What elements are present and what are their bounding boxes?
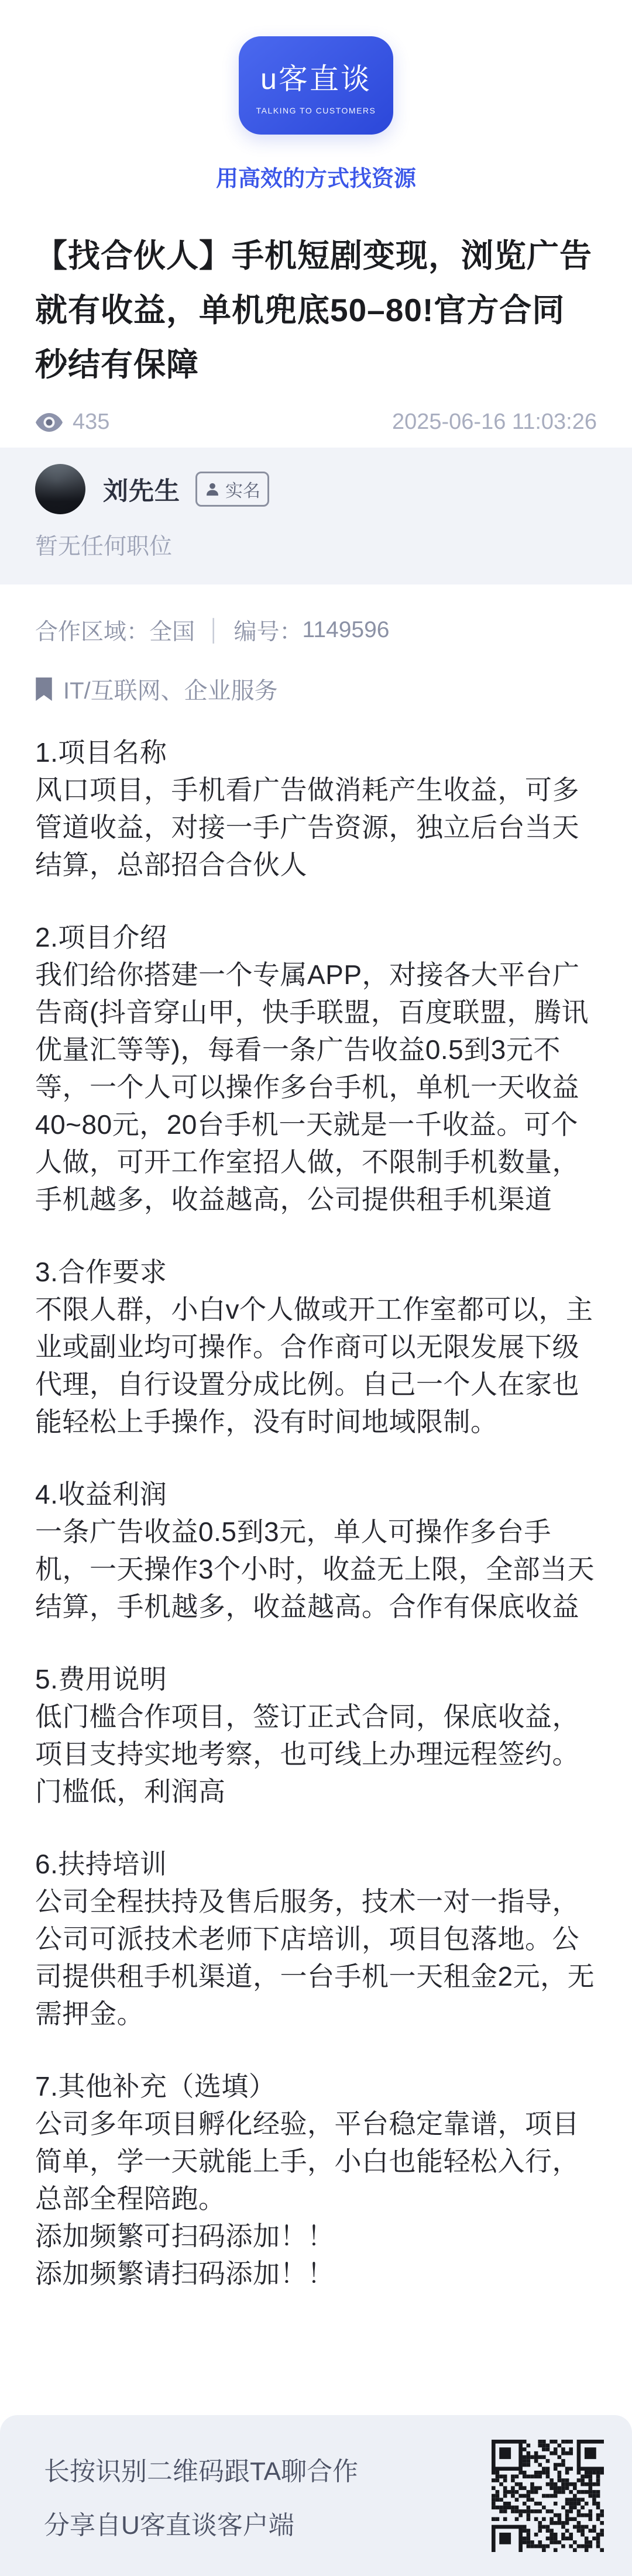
bookmark-icon bbox=[35, 677, 53, 701]
post-info-block: 合作区域：全国 │ 编号：1149596 IT/互联网、企业服务 bbox=[0, 614, 632, 706]
industry-category-label: IT/互联网、企业服务 bbox=[63, 672, 278, 706]
section-heading: 2.项目介绍 bbox=[35, 919, 597, 956]
share-page: u客直谈 TALKING TO CUSTOMERS 用高效的方式找资源 【找合伙… bbox=[0, 0, 632, 2576]
avatar bbox=[35, 464, 85, 514]
industry-category-row: IT/互联网、企业服务 bbox=[35, 672, 597, 706]
section-paragraph: 风口项目，手机看广告做消耗产生收益，可多管道收益，对接一手广告资源，独立后台当天… bbox=[35, 771, 597, 883]
publisher-card: 刘先生 实名 暂无任何职位 bbox=[0, 448, 632, 584]
app-header: u客直谈 TALKING TO CUSTOMERS 用高效的方式找资源 bbox=[0, 0, 632, 192]
publisher-name: 刘先生 bbox=[103, 472, 180, 507]
region-value: 全国 bbox=[149, 614, 195, 646]
qr-code[interactable] bbox=[492, 2440, 604, 2552]
app-slogan: 用高效的方式找资源 bbox=[0, 160, 632, 192]
share-footer: 长按识别二维码跟TA聊合作 分享自U客直谈客户端 bbox=[0, 2415, 632, 2576]
section-heading: 1.项目名称 bbox=[35, 734, 597, 771]
region-label: 合作区域： bbox=[35, 614, 149, 646]
section-paragraph: 添加频繁请扫码添加！！ bbox=[35, 2255, 597, 2292]
view-count-value: 435 bbox=[73, 410, 109, 435]
app-logo: u客直谈 TALKING TO CUSTOMERS bbox=[239, 36, 393, 135]
post-section: 7.其他补充（选填）公司多年项目孵化经验，平台稳定靠谱，项目简单，学一天就能上手… bbox=[35, 2068, 597, 2292]
footer-text: 长按识别二维码跟TA聊合作 分享自U客直谈客户端 bbox=[44, 2450, 358, 2541]
realname-badge-label: 实名 bbox=[225, 476, 260, 502]
section-heading: 6.扶持培训 bbox=[35, 1845, 597, 1883]
post-id-label: 编号： bbox=[234, 614, 303, 646]
post-id-value: 1149596 bbox=[303, 617, 390, 643]
post-meta-row: 435 2025-06-16 11:03:26 bbox=[35, 410, 597, 435]
post-section: 4.收益利润一条广告收益0.5到3元，单人可操作多台手机，一天操作3个小时，收益… bbox=[35, 1476, 597, 1625]
post-section: 1.项目名称风口项目，手机看广告做消耗产生收益，可多管道收益，对接一手广告资源，… bbox=[35, 734, 597, 883]
section-heading: 5.费用说明 bbox=[35, 1660, 597, 1698]
section-paragraph: 不限人群，小白v个人做或开工作室都可以，主业或副业均可操作。合作商可以无限发展下… bbox=[35, 1291, 597, 1440]
section-paragraph: 公司全程扶持及售后服务，技术一对一指导，公司可派技术老师下店培训，项目包落地。公… bbox=[35, 1883, 597, 2032]
meta-separator: │ bbox=[208, 618, 221, 642]
section-heading: 7.其他补充（选填） bbox=[35, 2068, 597, 2105]
publisher-position: 暂无任何职位 bbox=[35, 528, 597, 561]
post-title: 【找合伙人】手机短剧变现，浏览广告就有收益，单机兜底50–80!官方合同秒结有保… bbox=[35, 229, 597, 392]
section-paragraph: 公司多年项目孵化经验，平台稳定靠谱，项目简单，学一天就能上手，小白也能轻松入行，… bbox=[35, 2105, 597, 2217]
app-logo-name: u客直谈 bbox=[260, 56, 372, 98]
section-heading: 4.收益利润 bbox=[35, 1476, 597, 1513]
person-icon bbox=[204, 481, 221, 497]
footer-source: 分享自U客直谈客户端 bbox=[44, 2504, 358, 2541]
post-section: 2.项目介绍我们给你搭建一个专属APP，对接各大平台广告商(抖音穿山甲，快手联盟… bbox=[35, 919, 597, 1218]
post-body: 1.项目名称风口项目，手机看广告做消耗产生收益，可多管道收益，对接一手广告资源，… bbox=[35, 734, 597, 2292]
post-datetime: 2025-06-16 11:03:26 bbox=[392, 410, 597, 435]
app-logo-tagline: TALKING TO CUSTOMERS bbox=[256, 106, 376, 115]
post-section: 6.扶持培训公司全程扶持及售后服务，技术一对一指导，公司可派技术老师下店培训，项… bbox=[35, 1845, 597, 2032]
view-count: 435 bbox=[35, 410, 109, 435]
section-paragraph: 一条广告收益0.5到3元，单人可操作多台手机，一天操作3个小时，收益无上限，全部… bbox=[35, 1513, 597, 1625]
eye-icon bbox=[35, 412, 63, 432]
footer-scan-tip: 长按识别二维码跟TA聊合作 bbox=[44, 2450, 358, 2488]
publisher-row: 刘先生 实名 bbox=[35, 464, 597, 514]
section-paragraph: 低门槛合作项目，签订正式合同，保底收益，项目支持实地考察，也可线上办理远程签约。… bbox=[35, 1698, 597, 1810]
cooperation-region-row: 合作区域：全国 │ 编号：1149596 bbox=[35, 614, 597, 646]
section-heading: 3.合作要求 bbox=[35, 1253, 597, 1291]
section-paragraph: 添加频繁可扫码添加！！ bbox=[35, 2217, 597, 2255]
post-section: 3.合作要求不限人群，小白v个人做或开工作室都可以，主业或副业均可操作。合作商可… bbox=[35, 1253, 597, 1440]
post-section: 5.费用说明低门槛合作项目，签订正式合同，保底收益，项目支持实地考察，也可线上办… bbox=[35, 1660, 597, 1810]
section-paragraph: 我们给你搭建一个专属APP，对接各大平台广告商(抖音穿山甲，快手联盟，百度联盟，… bbox=[35, 956, 597, 1218]
realname-badge: 实名 bbox=[195, 472, 269, 507]
